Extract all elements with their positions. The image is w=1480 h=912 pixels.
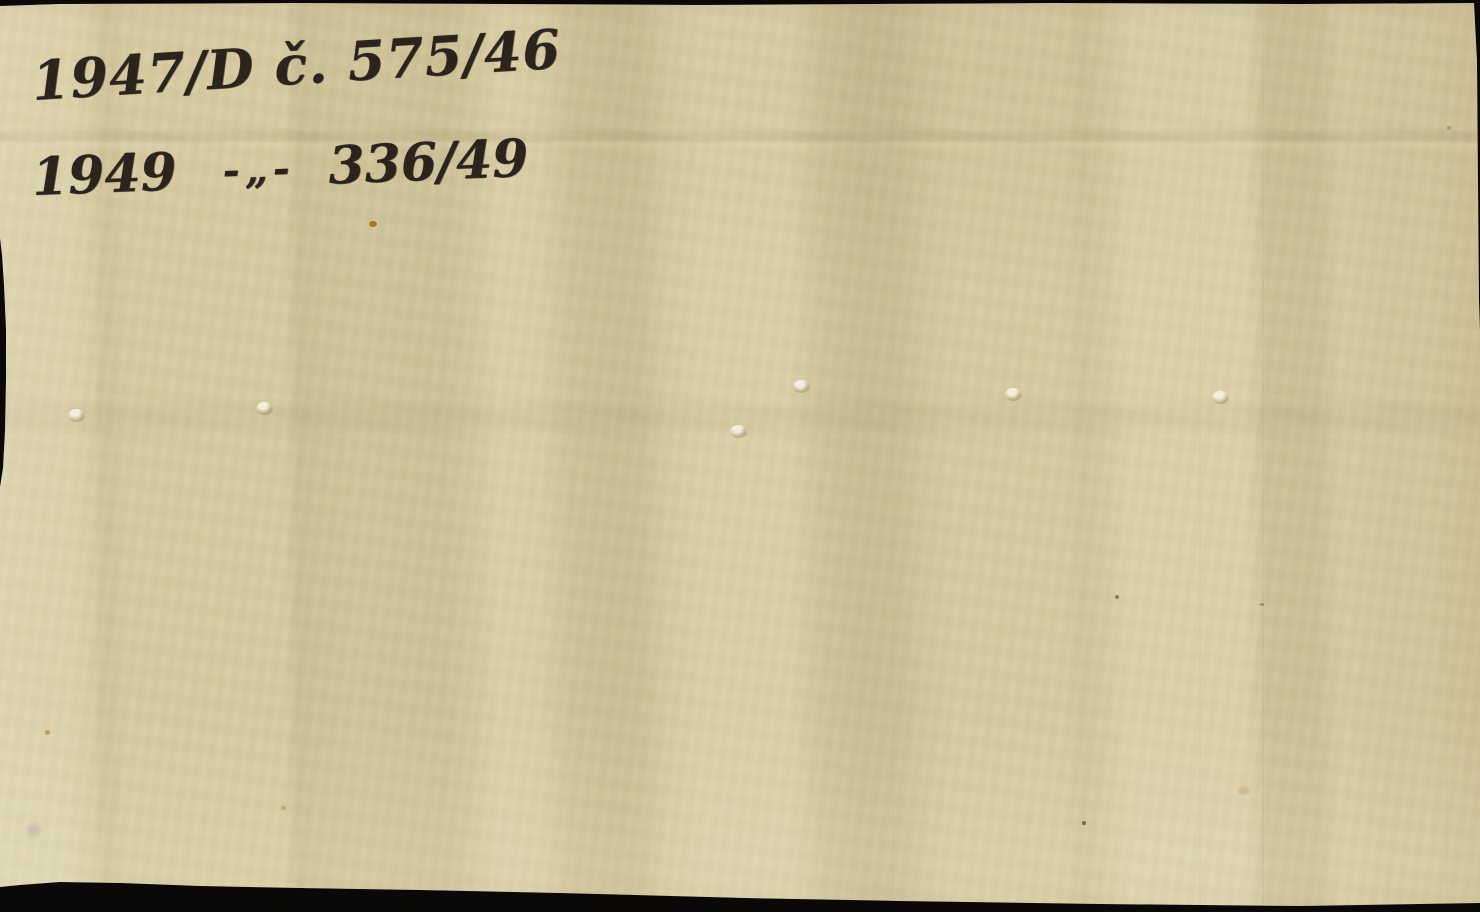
paper-dimple (1005, 388, 1022, 401)
dark-speck (1447, 126, 1451, 130)
paper-dimple (730, 425, 747, 438)
scanner-background: 1947/D č. 575/46 1949 -„- 336/49 (0, 0, 1480, 912)
handwritten-entry-1949: 1949 -„- 336/49 (31, 133, 529, 204)
scan-line (1262, 0, 1264, 912)
handwritten-entry-1947: 1947/D č. 575/46 (30, 22, 562, 108)
entry-1949-ditto-mark: -„- (222, 148, 295, 191)
index-card: 1947/D č. 575/46 1949 -„- 336/49 (0, 0, 1480, 912)
rust-speck (281, 806, 286, 810)
stain-smudge (1238, 786, 1250, 795)
entry-1949-year: 1949 (31, 146, 178, 204)
paper-dimple (256, 402, 273, 415)
dark-speck (1082, 821, 1086, 825)
stain-smudge (27, 824, 41, 836)
paper-dimple (1212, 391, 1229, 404)
scan-line (892, 0, 894, 912)
rust-speck (369, 221, 377, 227)
dark-speck (1260, 603, 1264, 606)
dark-speck (1115, 595, 1119, 599)
paper-dimple (68, 409, 85, 422)
scan-line (1199, 0, 1201, 912)
paper-dimple (793, 380, 810, 393)
entry-1949-number: 336/49 (328, 133, 530, 193)
rust-speck (45, 730, 50, 735)
scan-line (1446, 0, 1448, 912)
